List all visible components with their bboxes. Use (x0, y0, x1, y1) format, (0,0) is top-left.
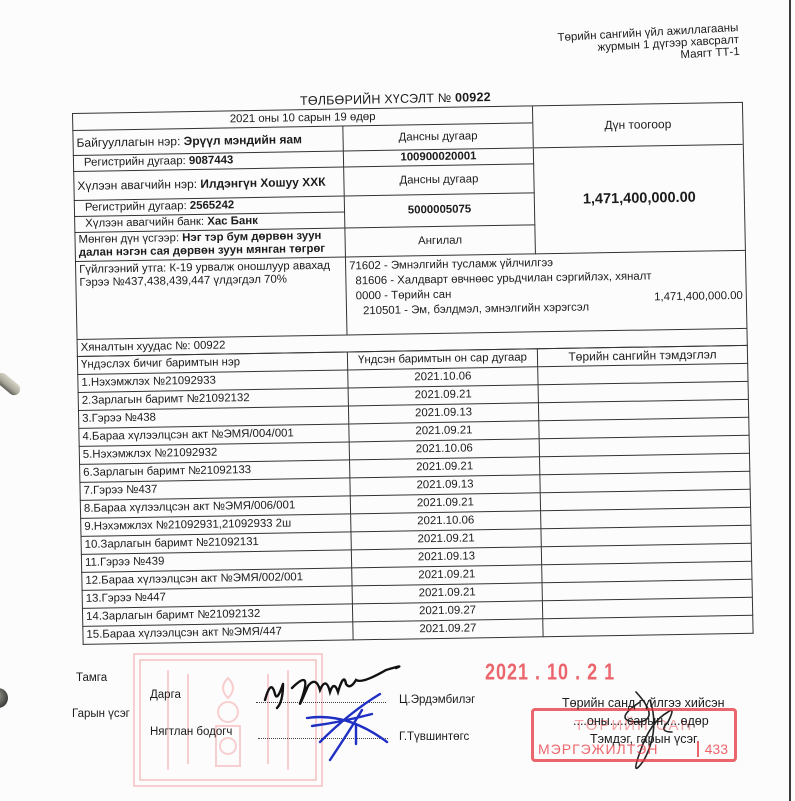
treasury-line-1: Төрийн санд гүйлгээ хийсэн (562, 696, 725, 710)
treasury-line-2: ....оны.....сарын.....өдөр (573, 714, 709, 728)
treasury-line-3: Тэмдэг, гарын үсэг (590, 732, 698, 746)
accountant-signature (307, 694, 387, 760)
date-stamp: 2021 . 10 . 2 1 (485, 659, 615, 686)
director-signature (265, 666, 399, 708)
treasury-stamp-number: 433 (697, 741, 728, 757)
handwritten-signatures (0, 0, 795, 801)
